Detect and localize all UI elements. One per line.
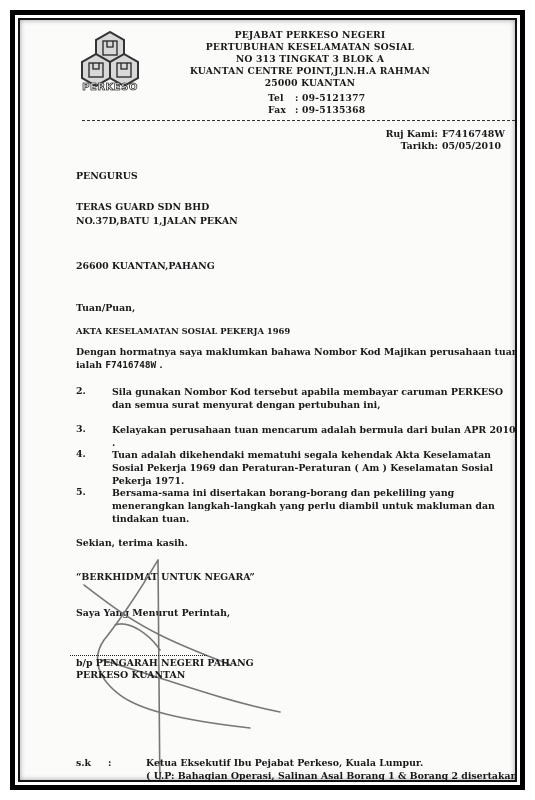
recipient-address-1: NO.37D,BATU 1,JALAN PEKAN (76, 216, 238, 227)
inner-border: PERKESO PEJABAT PERKESO NEGERI PERTUBUHA… (18, 18, 517, 782)
letterhead-line-4: KUANTAN CENTRE POINT,JLN.H.A RAHMAN (170, 66, 450, 77)
signature-line (70, 655, 207, 656)
point-3-number: 3. (76, 424, 96, 435)
sign-off: Saya Yang Menurut Perintah, (76, 608, 230, 619)
header-divider (82, 120, 515, 121)
point-3-text: Kelayakan perusahaan tuan mencarum adala… (112, 424, 515, 450)
border-gap: PERKESO PEJABAT PERKESO NEGERI PERTUBUHA… (15, 15, 520, 785)
letter-page: PERKESO PEJABAT PERKESO NEGERI PERTUBUHA… (20, 20, 515, 780)
start-month: APR 2010 (464, 425, 515, 436)
intro-paragraph: Dengan hormatnya saya maklumkan bahawa N… (76, 346, 515, 372)
intro-end: . (156, 360, 163, 371)
point-3-end: . (112, 438, 115, 449)
letterhead-line-1: PEJABAT PERKESO NEGERI (170, 30, 450, 41)
point-2-text: Sila gunakan Nombor Kod tersebut apabila… (112, 386, 515, 412)
fax-number: : 09-5135368 (295, 105, 365, 116)
tel-number: : 09-5121377 (295, 93, 365, 104)
signatory-line-2: PERKESO KUANTAN (76, 670, 185, 681)
logo-wordmark: PERKESO (70, 82, 150, 93)
letterhead-line-5: 25000 KUANTAN (170, 78, 450, 89)
cc-colon: : (108, 758, 111, 769)
cc-label: s.k (76, 758, 91, 769)
salutation: Tuan/Puan, (76, 303, 135, 314)
fax-label: Fax (268, 105, 286, 116)
recipient-company: TERAS GUARD SDN BHD (76, 202, 209, 213)
recipient-attention: PENGURUS (76, 171, 138, 182)
employer-code: F7416748W (105, 360, 156, 371)
point-4-number: 4. (76, 449, 96, 460)
motto: “BERKHIDMAT UNTUK NEGARA” (76, 572, 255, 583)
point-3-body: Kelayakan perusahaan tuan mencarum adala… (112, 425, 464, 436)
ruj-value: F7416748W (442, 129, 505, 140)
point-2-number: 2. (76, 386, 96, 397)
cc-line-2: ( U.P: Bahagian Operasi, Salinan Asal Bo… (146, 771, 515, 780)
closing: Sekian, terima kasih. (76, 538, 188, 549)
document-border: PERKESO PEJABAT PERKESO NEGERI PERTUBUHA… (10, 10, 525, 790)
tel-label: Tel (268, 93, 284, 104)
cc-line-1: Ketua Eksekutif Ibu Pejabat Perkeso, Kua… (146, 758, 423, 769)
signatory-line-1: b/p PENGARAH NEGERI PAHANG (76, 658, 254, 669)
tarikh-value: 05/05/2010 (442, 141, 501, 152)
recipient-address-2: 26600 KUANTAN,PAHANG (76, 261, 215, 272)
letterhead-line-2: PERTUBUHAN KESELAMATAN SOSIAL (170, 42, 450, 53)
point-5-text: Bersama-sama ini disertakan borang-boran… (112, 487, 515, 526)
subject-line: AKTA KESELAMATAN SOSIAL PEKERJA 1969 (76, 326, 290, 336)
letterhead-line-3: NO 313 TINGKAT 3 BLOK A (170, 54, 450, 65)
point-5-number: 5. (76, 487, 96, 498)
tarikh-label: Tarikh: (368, 141, 438, 152)
point-4-text: Tuan adalah dikehendaki mematuhi segala … (112, 449, 515, 488)
ruj-label: Ruj Kami: (368, 129, 438, 140)
